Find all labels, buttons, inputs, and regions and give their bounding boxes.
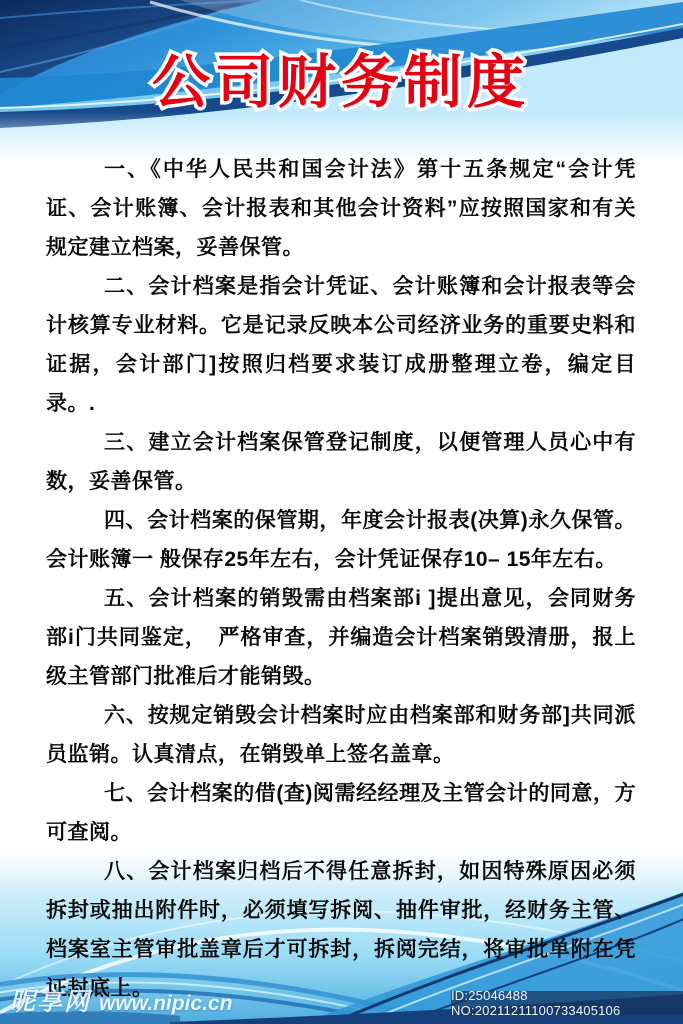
title-art: 公司财务制度 (0, 36, 683, 124)
regulation-paragraph-1: 一、《中华人民共和国会计法》第十五条规定“会计凭证、会计账簿、会计报表和其他会计… (46, 150, 636, 267)
page-title: 公司财务制度 (152, 50, 530, 115)
regulations-text: 一、《中华人民共和国会计法》第十五条规定“会计凭证、会计账簿、会计报表和其他会计… (46, 150, 636, 1008)
regulation-paragraph-5: 五、会计档案的销毁需由档案部i ]提出意见，会同财务部i门共同鉴定， 严格审查，… (46, 579, 636, 696)
regulation-paragraph-3: 三、建立会计档案保管登记制度，以便管理人员心中有数，妥善保管。 (46, 423, 636, 501)
regulation-paragraph-2: 二、会计档案是指会计凭证、会计账簿和会计报表等会计核算专业材料。它是记录反映本公… (46, 267, 636, 423)
site-watermark: 昵享网 www.nipic.cn (10, 982, 232, 1018)
site-url: www.nipic.cn (99, 992, 232, 1016)
stock-id-badge: ID:25046488 NO:20211211100733405106 (451, 991, 683, 1015)
site-logo: 昵享网 (10, 982, 91, 1018)
poster: 公司财务制度 (0, 0, 683, 1024)
regulation-paragraph-6: 六、按规定销毁会计档案时应由档案部和财务部]共同派员监销。认真清点，在销毁单上签… (46, 696, 636, 774)
regulation-paragraph-7: 七、会计档案的借(查)阅需经经理及主管会计的同意，方可查阅。 (46, 774, 636, 852)
regulation-paragraph-4: 四、会计档案的保管期，年度会计报表(决算)永久保管。会计账簿一 般保存25年左右… (46, 501, 636, 579)
